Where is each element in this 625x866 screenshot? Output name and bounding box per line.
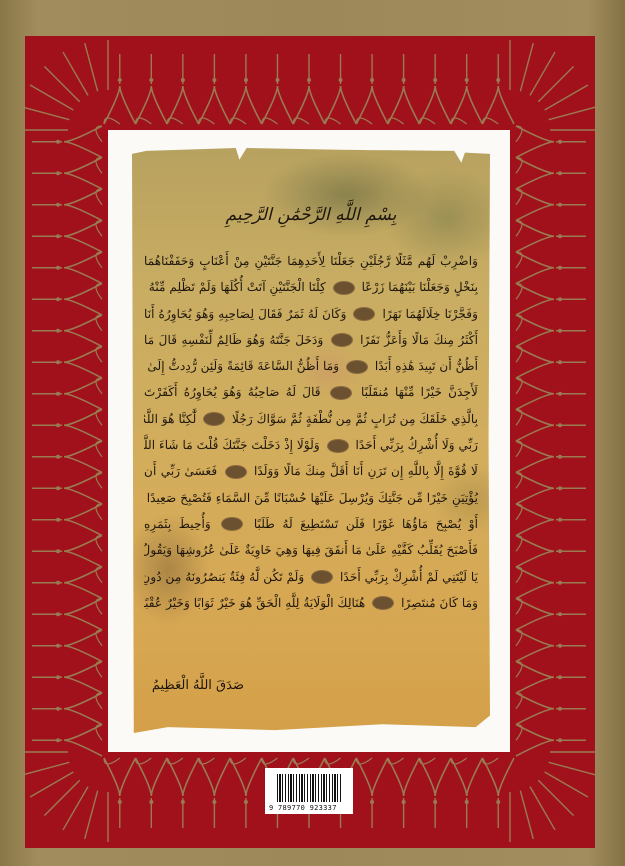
ayah-end-marker-icon <box>331 387 351 399</box>
ayah-end-marker-icon <box>334 282 354 294</box>
barcode-number: 9 789770 923337 <box>269 804 337 812</box>
verse-line: رَبِّي وَلَا أُشْرِكُ بِرَبِّي أَحَدًا و… <box>144 432 478 458</box>
verse-line: لَأَجِدَنَّ خَيْرًا مِّنْهَا مُنقَلَبًا … <box>144 379 478 405</box>
red-ornamental-panel: بِسْمِ اللَّهِ الرَّحْمَٰنِ الرَّحِيمِ و… <box>25 36 595 848</box>
ayah-end-marker-icon <box>332 334 352 346</box>
ayah-end-marker-icon <box>226 466 246 478</box>
ayah-end-marker-icon <box>347 361 367 373</box>
basmala-heading: بِسْمِ اللَّهِ الرَّحْمَٰنِ الرَّحِيمِ <box>132 205 490 225</box>
verse-line: يَا لَيْتَنِي لَمْ أُشْرِكْ بِرَبِّي أَح… <box>144 564 478 590</box>
verse-line: بِنَخْلٍ وَجَعَلْنَا بَيْنَهُمَا زَرْعًا… <box>144 274 478 300</box>
ayah-end-marker-icon <box>204 413 224 425</box>
ayah-end-marker-icon <box>312 571 332 583</box>
verse-line: بِالَّذِي خَلَقَكَ مِن تُرَابٍ ثُمَّ مِن… <box>144 406 478 432</box>
ayah-end-marker-icon <box>354 308 374 320</box>
verse-line: أَظُنُّ أَن تَبِيدَ هَٰذِهِ أَبَدًا وَمَ… <box>144 353 478 379</box>
verse-line: أَكْثَرُ مِنكَ مَالًا وَأَعَزُّ نَفَرًا … <box>144 327 478 353</box>
ayah-end-marker-icon <box>328 440 348 452</box>
verse-line: وَفَجَّرْنَا خِلَالَهُمَا نَهَرًا وَكَان… <box>144 301 478 327</box>
parchment-manuscript: بِسْمِ اللَّهِ الرَّحْمَٰنِ الرَّحِيمِ و… <box>132 148 490 733</box>
ayah-end-marker-icon <box>373 597 393 609</box>
ayah-end-marker-icon <box>222 518 242 530</box>
verse-line: وَاضْرِبْ لَهُم مَّثَلًا رَّجُلَيْنِ جَع… <box>144 248 478 274</box>
closing-phrase: صَدَقَ اللَّهُ الْعَظِيمُ <box>152 678 244 693</box>
white-frame: بِسْمِ اللَّهِ الرَّحْمَٰنِ الرَّحِيمِ و… <box>108 130 510 752</box>
verse-line: وَمَا كَانَ مُنتَصِرًا هُنَالِكَ الْوَلَ… <box>144 590 478 616</box>
barcode-bars <box>277 774 341 802</box>
verse-line: لَا قُوَّةَ إِلَّا بِاللَّهِ إِن تَرَنِ … <box>144 458 478 484</box>
verse-line: فَأَصْبَحَ يُقَلِّبُ كَفَّيْهِ عَلَىٰ مَ… <box>144 537 478 563</box>
verse-line: يُؤْتِيَنِ خَيْرًا مِّن جَنَّتِكَ وَيُرْ… <box>144 485 478 511</box>
quran-text-block: بِسْمِ اللَّهِ الرَّحْمَٰنِ الرَّحِيمِ و… <box>132 148 490 733</box>
isbn-barcode: 9 789770 923337 <box>265 768 353 814</box>
verse-lines: وَاضْرِبْ لَهُم مَّثَلًا رَّجُلَيْنِ جَع… <box>144 248 478 616</box>
verse-line: أَوْ يُصْبِحَ مَاؤُهَا غَوْرًا فَلَن تَس… <box>144 511 478 537</box>
